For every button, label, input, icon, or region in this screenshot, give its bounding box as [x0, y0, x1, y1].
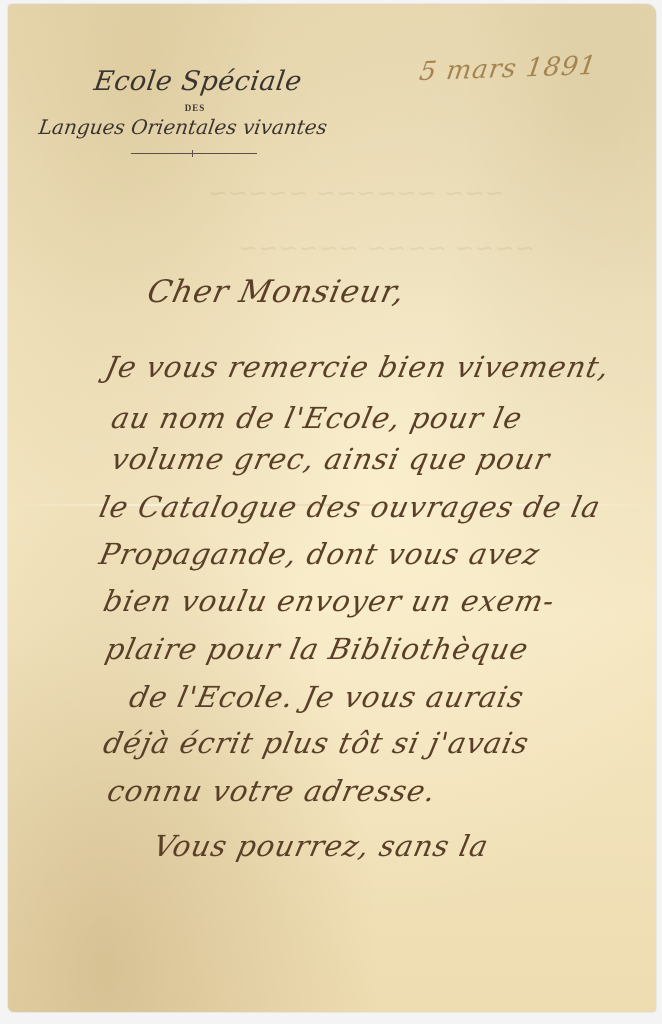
letter-line: le Catalogue des ouvrages de la: [96, 490, 604, 524]
letter-body: Cher Monsieur, Je vous remercie bien viv…: [8, 4, 656, 1012]
letter-line: Je vous remercie bien vivement,: [102, 350, 613, 384]
letter-line: Propagande, dont vous avez: [96, 537, 543, 571]
letter-page: ~~~ ~~~~~~ ~~~~~ ~~~~ ~~~~ ~~~~~~ Ecole …: [8, 4, 656, 1012]
letter-line: de l'Ecole. Je vous aurais: [126, 680, 527, 714]
letter-line: connu votre adresse.: [104, 774, 439, 808]
letter-line: bien voulu envoyer un exem-: [100, 584, 558, 618]
letter-line: déjà écrit plus tôt si j'avais: [100, 726, 532, 760]
salutation: Cher Monsieur,: [144, 274, 408, 310]
letter-line: volume grec, ainsi que pour: [108, 442, 553, 476]
letter-line: Vous pourrez, sans la: [150, 829, 492, 863]
letter-line: au nom de l'Ecole, pour le: [108, 401, 525, 435]
letter-line: plaire pour la Bibliothèque: [102, 632, 532, 666]
